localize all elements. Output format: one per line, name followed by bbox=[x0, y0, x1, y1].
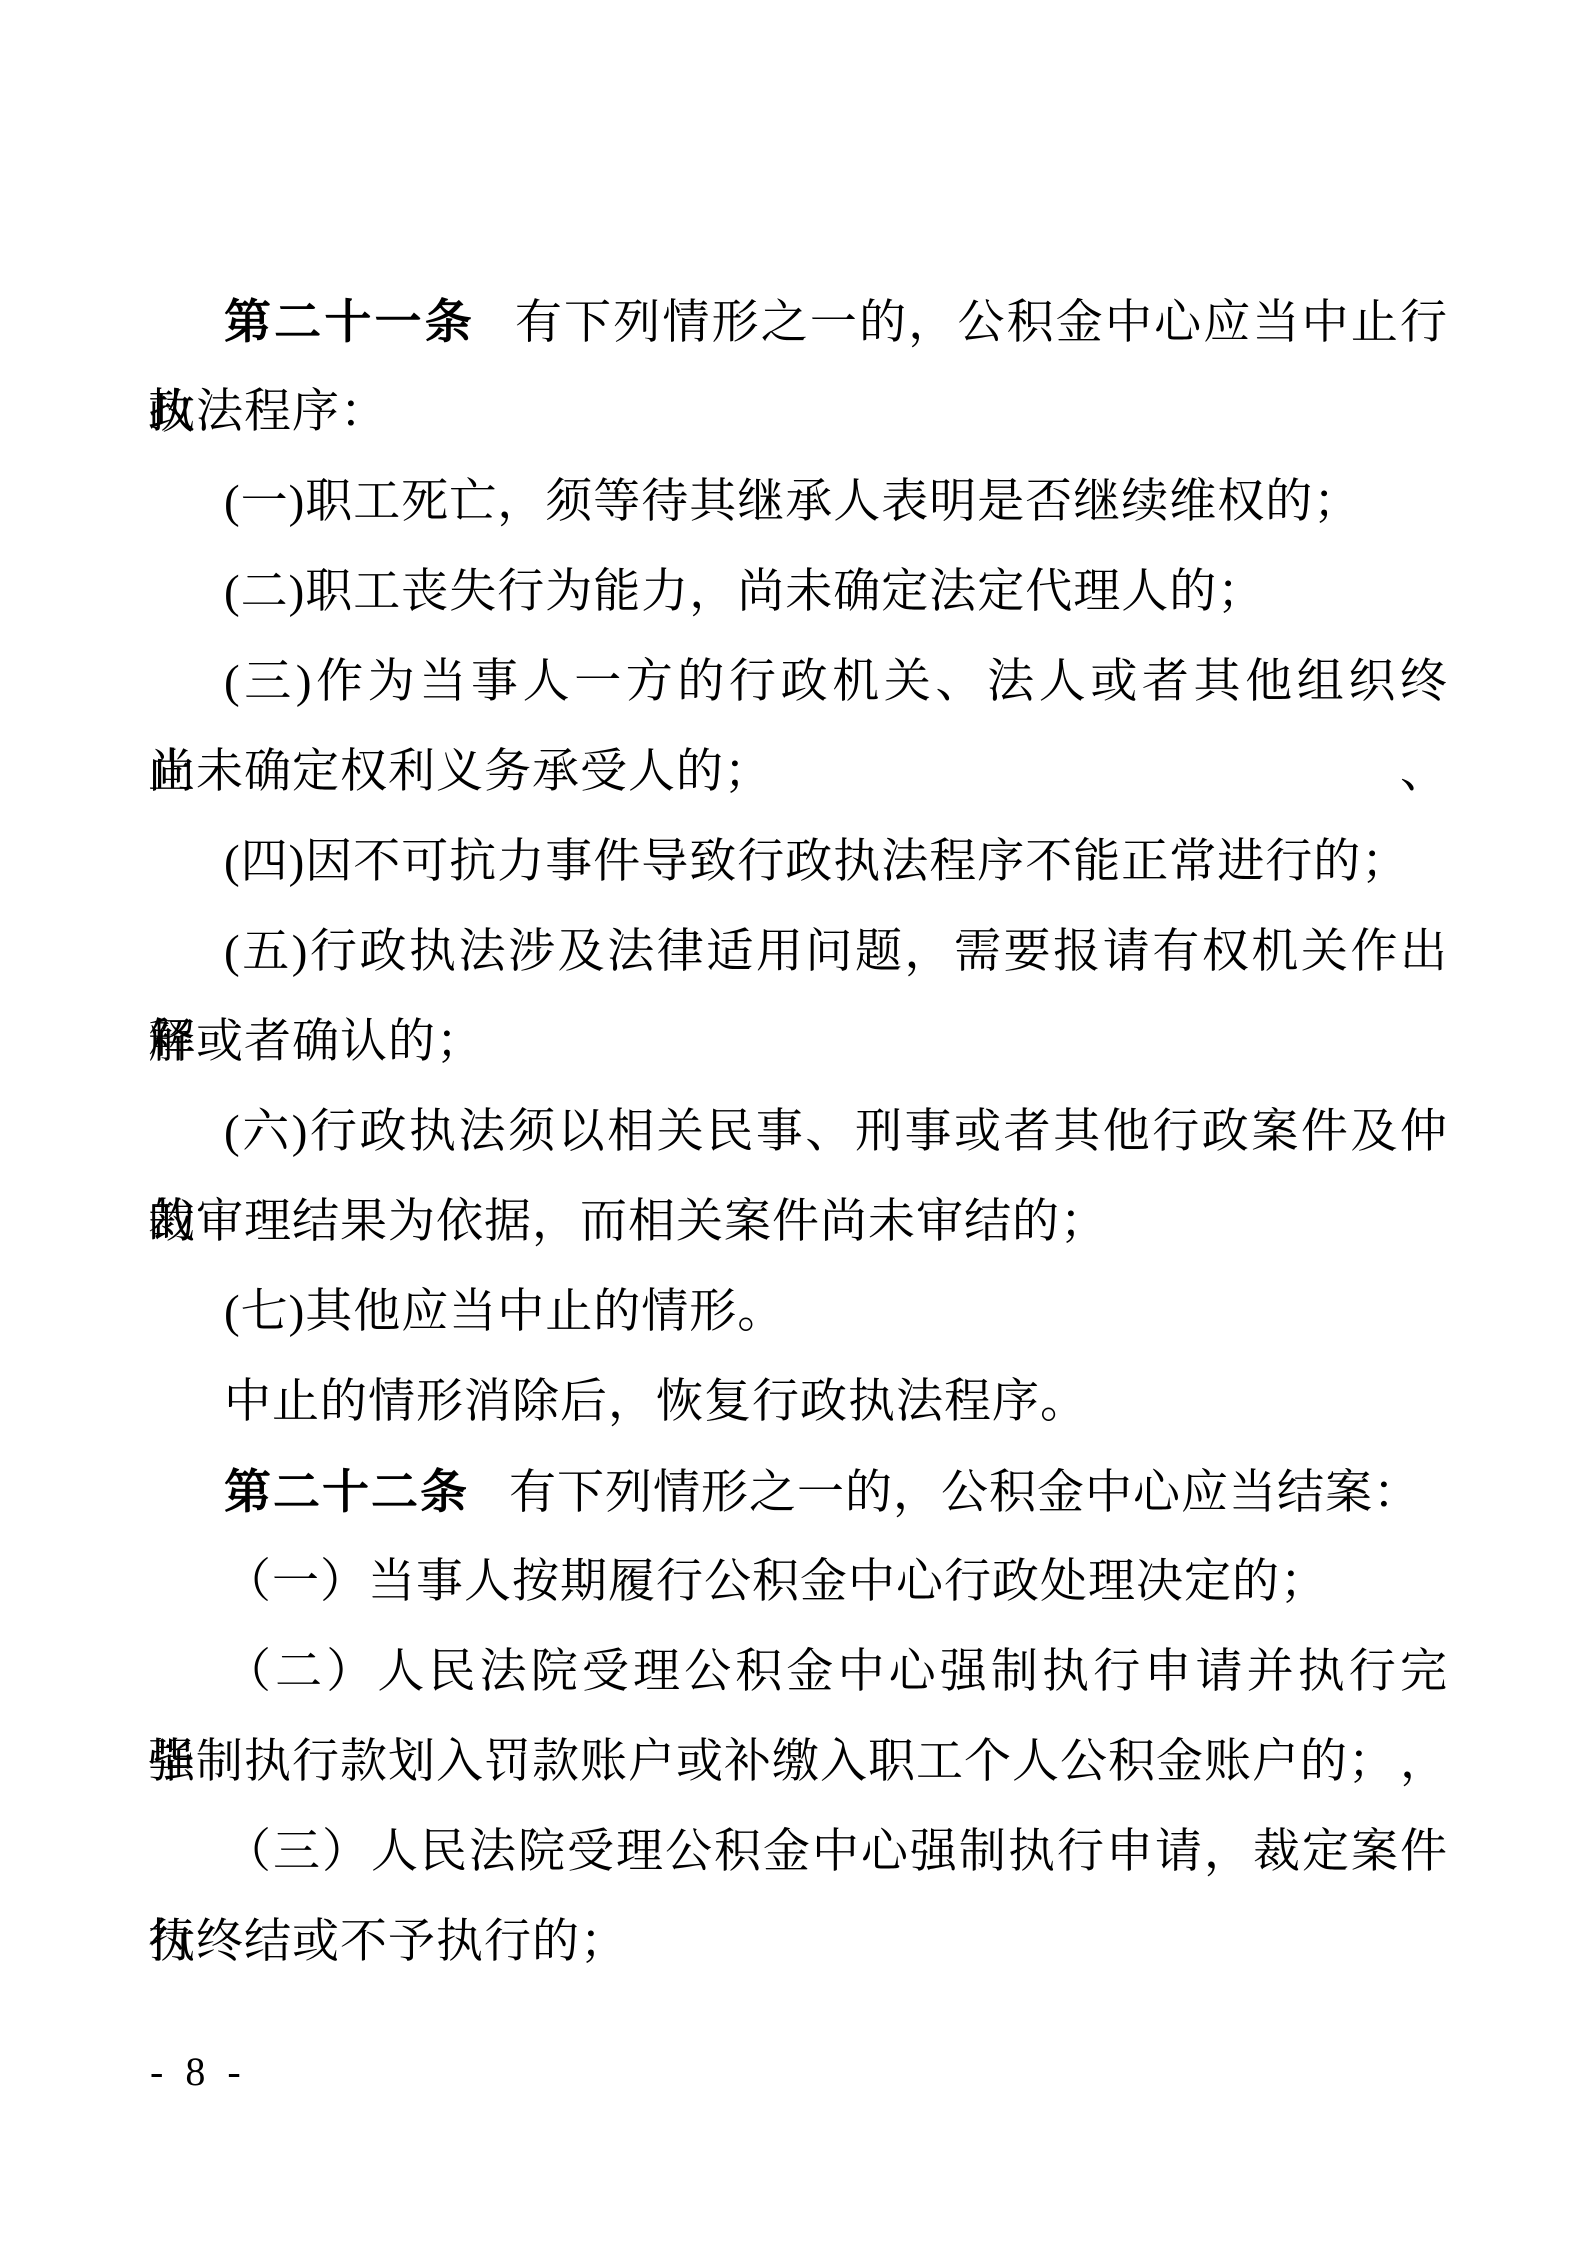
text-line: 行终结或不予执行的； bbox=[148, 1897, 1448, 1987]
text-line: (二)职工丧失行为能力，尚未确定法定代理人的； bbox=[148, 547, 1448, 637]
text-line: 第二十二条有下列情形之一的，公积金中心应当结案： bbox=[148, 1447, 1448, 1537]
text-line: (六)行政执法须以相关民事、刑事或者其他行政案件及仲裁 bbox=[148, 1087, 1448, 1177]
document-body: 第二十一条有下列情形之一的，公积金中心应当中止行政 执法程序： (一)职工死亡，… bbox=[148, 277, 1448, 1987]
text-line: （三）人民法院受理公积金中心强制执行申请，裁定案件执 bbox=[148, 1807, 1448, 1897]
article-21-item-5: (五)行政执法涉及法律适用问题，需要报请有权机关作出解 释或者确认的； bbox=[148, 907, 1448, 1087]
article-22-item-2: （二）人民法院受理公积金中心强制执行申请并执行完毕， 强制执行款划入罚款账户或补… bbox=[148, 1627, 1448, 1807]
article-22-item-3: （三）人民法院受理公积金中心强制执行申请，裁定案件执 行终结或不予执行的； bbox=[148, 1807, 1448, 1987]
article-22-number: 第二十二条 bbox=[224, 1465, 469, 1518]
article-21-item-4: (四)因不可抗力事件导致行政执法程序不能正常进行的； bbox=[148, 817, 1448, 907]
text-line: (三)作为当事人一方的行政机关、法人或者其他组织终止、 bbox=[148, 637, 1448, 727]
article-22-item-1: （一）当事人按期履行公积金中心行政处理决定的； bbox=[148, 1537, 1448, 1627]
text-line: 第二十一条有下列情形之一的，公积金中心应当中止行政 bbox=[148, 277, 1448, 367]
text-line: (一)职工死亡，须等待其继承人表明是否继续维权的； bbox=[148, 457, 1448, 547]
text-line: 中止的情形消除后，恢复行政执法程序。 bbox=[148, 1357, 1448, 1447]
text-line: (四)因不可抗力事件导致行政执法程序不能正常进行的； bbox=[148, 817, 1448, 907]
text-line: （一）当事人按期履行公积金中心行政处理决定的； bbox=[148, 1537, 1448, 1627]
text-line: （二）人民法院受理公积金中心强制执行申请并执行完毕， bbox=[148, 1627, 1448, 1717]
article-21-item-1: (一)职工死亡，须等待其继承人表明是否继续维权的； bbox=[148, 457, 1448, 547]
article-21-paragraph: 第二十一条有下列情形之一的，公积金中心应当中止行政 执法程序： bbox=[148, 277, 1448, 457]
document-page: 第二十一条有下列情形之一的，公积金中心应当中止行政 执法程序： (一)职工死亡，… bbox=[0, 0, 1587, 2245]
article-21-item-6: (六)行政执法须以相关民事、刑事或者其他行政案件及仲裁 的审理结果为依据，而相关… bbox=[148, 1087, 1448, 1267]
article-21-closing-paragraph: 中止的情形消除后，恢复行政执法程序。 bbox=[148, 1357, 1448, 1447]
article-21-item-7: (七)其他应当中止的情形。 bbox=[148, 1267, 1448, 1357]
text-line: 释或者确认的； bbox=[148, 997, 1448, 1087]
text-line: 强制执行款划入罚款账户或补缴入职工个人公积金账户的； bbox=[148, 1717, 1448, 1807]
text-line: (七)其他应当中止的情形。 bbox=[148, 1267, 1448, 1357]
article-22-text: 有下列情形之一的，公积金中心应当结案： bbox=[509, 1467, 1421, 1519]
text-line: 执法程序： bbox=[148, 367, 1448, 457]
article-21-item-2: (二)职工丧失行为能力，尚未确定法定代理人的； bbox=[148, 547, 1448, 637]
article-21-item-3: (三)作为当事人一方的行政机关、法人或者其他组织终止、 尚未确定权利义务承受人的… bbox=[148, 637, 1448, 817]
text-line: 的审理结果为依据，而相关案件尚未审结的； bbox=[148, 1177, 1448, 1267]
page-number: - 8 - bbox=[150, 2042, 247, 2102]
article-22-paragraph: 第二十二条有下列情形之一的，公积金中心应当结案： bbox=[148, 1447, 1448, 1537]
text-line: (五)行政执法涉及法律适用问题，需要报请有权机关作出解 bbox=[148, 907, 1448, 997]
article-21-number: 第二十一条 bbox=[224, 295, 475, 348]
